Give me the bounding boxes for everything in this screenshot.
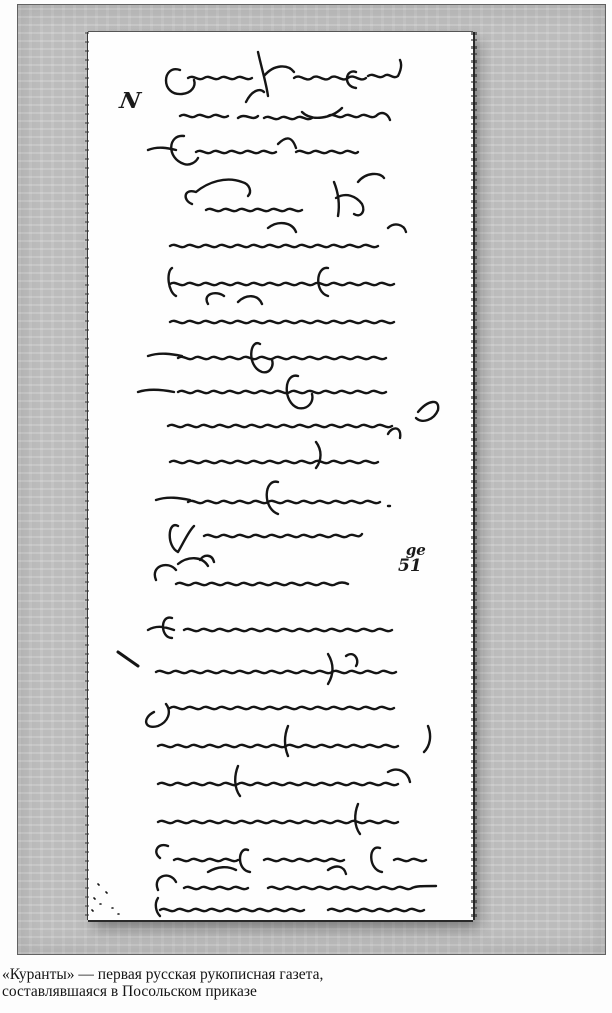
manuscript-page: N ge 51 <box>88 32 473 920</box>
caption-line-1: «Куранты» — первая русская рукописная га… <box>2 966 562 983</box>
folio-superscript: ge <box>404 542 428 558</box>
figure-caption: «Куранты» — первая русская рукописная га… <box>2 966 562 1000</box>
caption-line-2: составлявшаяся в Посольском приказе <box>2 983 562 1000</box>
heading-block <box>148 52 401 165</box>
first-report <box>138 174 438 552</box>
folio-mark: ge 51 <box>398 542 422 574</box>
handwritten-cursive-text <box>88 32 473 920</box>
second-report <box>118 556 436 916</box>
ink-speckles <box>92 884 119 914</box>
folio-number: 51 <box>398 556 422 576</box>
